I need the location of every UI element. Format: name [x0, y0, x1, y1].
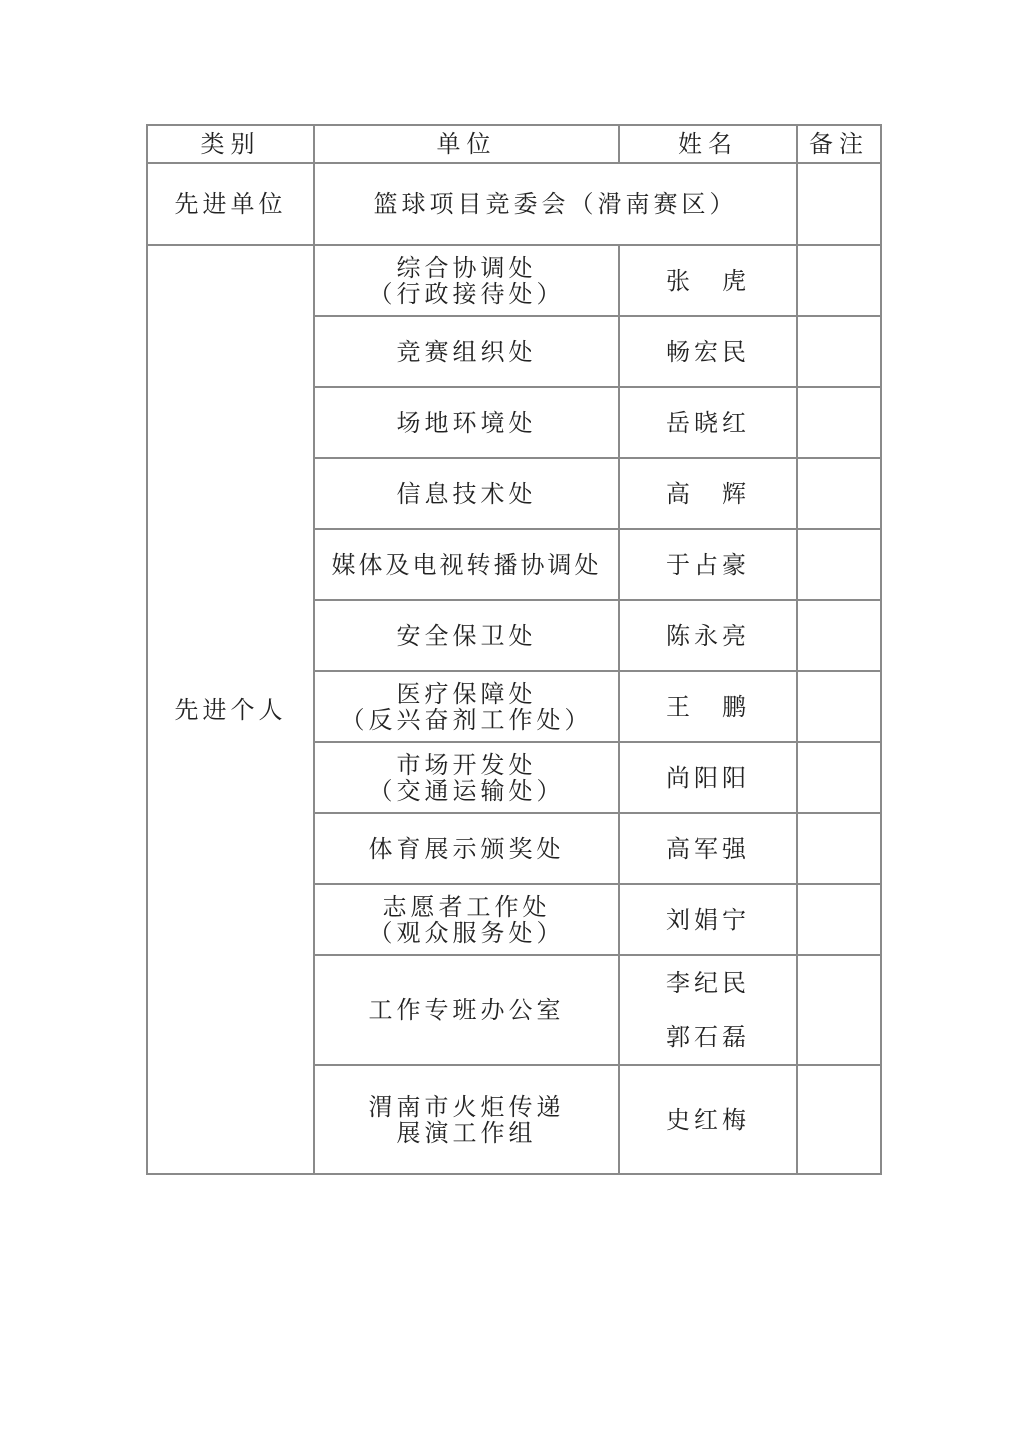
unit-line: （反兴奋剂工作处）: [315, 707, 618, 733]
name-cell: 陈永亮: [619, 600, 797, 671]
unit-cell: 综合协调处 （行政接待处）: [314, 245, 619, 316]
unit-line: （交通运输处）: [315, 778, 618, 804]
unit-cell: 工作专班办公室: [314, 955, 619, 1065]
name-cell: 高军强: [619, 813, 797, 884]
remark-cell: [797, 163, 881, 245]
header-name: 姓名: [619, 125, 797, 163]
table-row: 先进个人 综合协调处 （行政接待处） 张 虎: [147, 245, 881, 316]
header-remark: 备注: [797, 125, 881, 163]
unit-line: （观众服务处）: [315, 920, 618, 946]
name-cell: 畅宏民: [619, 316, 797, 387]
name-cell: 于占豪: [619, 529, 797, 600]
unit-cell: 信息技术处: [314, 458, 619, 529]
remark-cell: [797, 529, 881, 600]
category-cell: 先进单位: [147, 163, 314, 245]
unit-line: 市场开发处: [315, 752, 618, 778]
remark-cell: [797, 884, 881, 955]
person-name: 李纪民: [620, 956, 796, 1010]
remark-cell: [797, 671, 881, 742]
document-page: 类别 单位 姓名 备注 先进单位 篮球项目竞委会（滑南赛区） 先进个人 综合协调…: [0, 0, 1024, 1448]
unit-cell: 渭南市火炬传递 展演工作组: [314, 1065, 619, 1174]
person-name: 郭石磊: [620, 1010, 796, 1064]
name-cell: 岳晓红: [619, 387, 797, 458]
header-category: 类别: [147, 125, 314, 163]
unit-line: （行政接待处）: [315, 281, 618, 307]
name-cell: 张 虎: [619, 245, 797, 316]
name-cell: 王 鹏: [619, 671, 797, 742]
unit-cell: 竞赛组织处: [314, 316, 619, 387]
unit-cell: 安全保卫处: [314, 600, 619, 671]
remark-cell: [797, 387, 881, 458]
remark-cell: [797, 600, 881, 671]
unit-line: 展演工作组: [315, 1120, 618, 1146]
unit-line: 渭南市火炬传递: [315, 1094, 618, 1120]
name-cell: 尚阳阳: [619, 742, 797, 813]
name-cell: 高 辉: [619, 458, 797, 529]
unit-cell: 医疗保障处 （反兴奋剂工作处）: [314, 671, 619, 742]
remark-cell: [797, 316, 881, 387]
remark-cell: [797, 245, 881, 316]
remark-cell: [797, 742, 881, 813]
unit-line: 志愿者工作处: [315, 894, 618, 920]
category-cell: 先进个人: [147, 245, 314, 1174]
name-cell: 李纪民 郭石磊: [619, 955, 797, 1065]
unit-cell: 篮球项目竞委会（滑南赛区）: [314, 163, 797, 245]
unit-cell: 媒体及电视转播协调处: [314, 529, 619, 600]
unit-line: 综合协调处: [315, 255, 618, 281]
remark-cell: [797, 813, 881, 884]
name-cell: 刘娟宁: [619, 884, 797, 955]
unit-cell: 场地环境处: [314, 387, 619, 458]
header-row: 类别 单位 姓名 备注: [147, 125, 881, 163]
advanced-unit-row: 先进单位 篮球项目竞委会（滑南赛区）: [147, 163, 881, 245]
remark-cell: [797, 955, 881, 1065]
awards-table: 类别 单位 姓名 备注 先进单位 篮球项目竞委会（滑南赛区） 先进个人 综合协调…: [146, 124, 882, 1175]
unit-cell: 体育展示颁奖处: [314, 813, 619, 884]
unit-cell: 志愿者工作处 （观众服务处）: [314, 884, 619, 955]
remark-cell: [797, 1065, 881, 1174]
header-unit: 单位: [314, 125, 619, 163]
unit-cell: 市场开发处 （交通运输处）: [314, 742, 619, 813]
unit-line: 医疗保障处: [315, 681, 618, 707]
remark-cell: [797, 458, 881, 529]
name-cell: 史红梅: [619, 1065, 797, 1174]
